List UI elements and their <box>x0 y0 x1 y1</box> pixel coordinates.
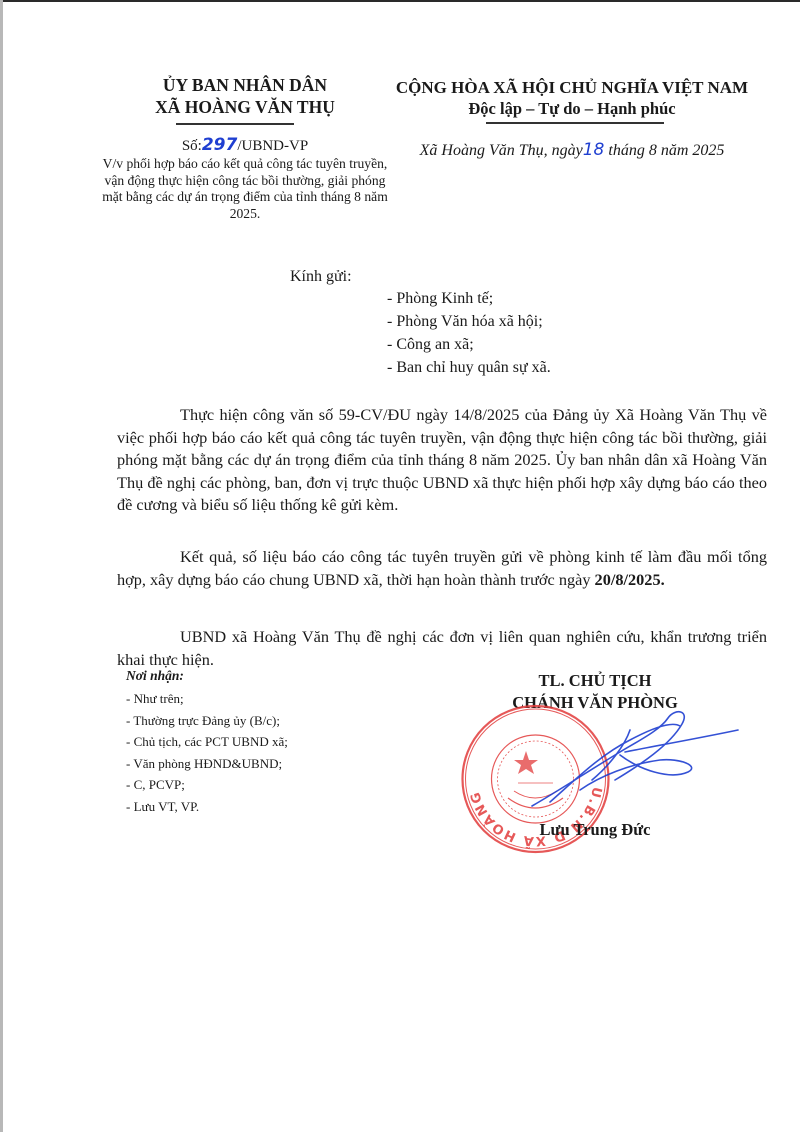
distribution-item: - Thường trực Đảng ủy (B/c); <box>126 710 288 732</box>
document-number: Số:297/UBND-VP <box>110 136 380 155</box>
document-subject: V/v phối hợp báo cáo kết quả công tác tu… <box>100 156 390 222</box>
national-header: CỘNG HÒA XÃ HỘI CHỦ NGHĨA VIỆT NAM Độc l… <box>372 77 772 119</box>
doc-number-handwritten: 297 <box>202 135 238 155</box>
body-paragraph-1: Thực hiện công văn số 59-CV/ĐU ngày 14/8… <box>117 404 767 517</box>
recipient-item: - Công an xã; <box>387 333 551 356</box>
paragraph-text: UBND xã Hoàng Văn Thụ đề nghị các đơn vị… <box>117 626 767 671</box>
paragraph-text-main: Kết quả, số liệu báo cáo công tác tuyên … <box>117 547 767 589</box>
distribution-item: - C, PCVP; <box>126 774 288 796</box>
issuing-agency: ỦY BAN NHÂN DÂN XÃ HOÀNG VĂN THỤ <box>110 74 380 118</box>
recipients-list: - Phòng Kinh tế; - Phòng Văn hóa xã hội;… <box>387 287 551 379</box>
place-date-day: 18 <box>583 140 605 160</box>
recipients-label: Kính gửi: <box>290 266 352 288</box>
page-top-edge <box>0 0 800 2</box>
distribution-label: Nơi nhận: <box>126 668 184 684</box>
on-behalf-of: TL. CHỦ TỊCH <box>470 670 720 692</box>
recipient-item: - Ban chỉ huy quân sự xã. <box>387 356 551 379</box>
doc-number-suffix: /UBND-VP <box>237 138 308 154</box>
distribution-item: - Lưu VT, VP. <box>126 796 288 818</box>
paragraph-text: Kết quả, số liệu báo cáo công tác tuyên … <box>117 546 767 591</box>
distribution-item: - Chủ tịch, các PCT UBND xã; <box>126 731 288 753</box>
place-date-suffix: tháng 8 năm 2025 <box>604 142 724 159</box>
doc-number-prefix: Số: <box>182 138 202 154</box>
deadline-date: 20/8/2025. <box>595 570 665 589</box>
distribution-list: - Như trên; - Thường trực Đảng ủy (B/c);… <box>126 688 288 817</box>
page-left-edge <box>0 0 3 1132</box>
handwritten-signature-icon <box>520 710 740 810</box>
body-paragraph-2: Kết quả, số liệu báo cáo công tác tuyên … <box>117 546 767 591</box>
motto-underline <box>486 122 664 124</box>
signer-name: Lưu Trung Đức <box>470 820 720 840</box>
paragraph-text: Thực hiện công văn số 59-CV/ĐU ngày 14/8… <box>117 404 767 517</box>
distribution-item: - Như trên; <box>126 688 288 710</box>
place-and-date: Xã Hoàng Văn Thụ, ngày18 tháng 8 năm 202… <box>372 140 772 161</box>
body-paragraph-3: UBND xã Hoàng Văn Thụ đề nghị các đơn vị… <box>117 626 767 671</box>
place-date-prefix: Xã Hoàng Văn Thụ, ngày <box>420 142 583 159</box>
distribution-item: - Văn phòng HĐND&UBND; <box>126 753 288 775</box>
agency-line-1: ỦY BAN NHÂN DÂN <box>110 74 380 96</box>
national-motto: Độc lập – Tự do – Hạnh phúc <box>372 98 772 119</box>
nation-title: CỘNG HÒA XÃ HỘI CHỦ NGHĨA VIỆT NAM <box>372 77 772 98</box>
agency-underline <box>176 123 294 125</box>
agency-line-2: XÃ HOÀNG VĂN THỤ <box>110 96 380 118</box>
recipient-item: - Phòng Kinh tế; <box>387 287 551 310</box>
recipient-item: - Phòng Văn hóa xã hội; <box>387 310 551 333</box>
